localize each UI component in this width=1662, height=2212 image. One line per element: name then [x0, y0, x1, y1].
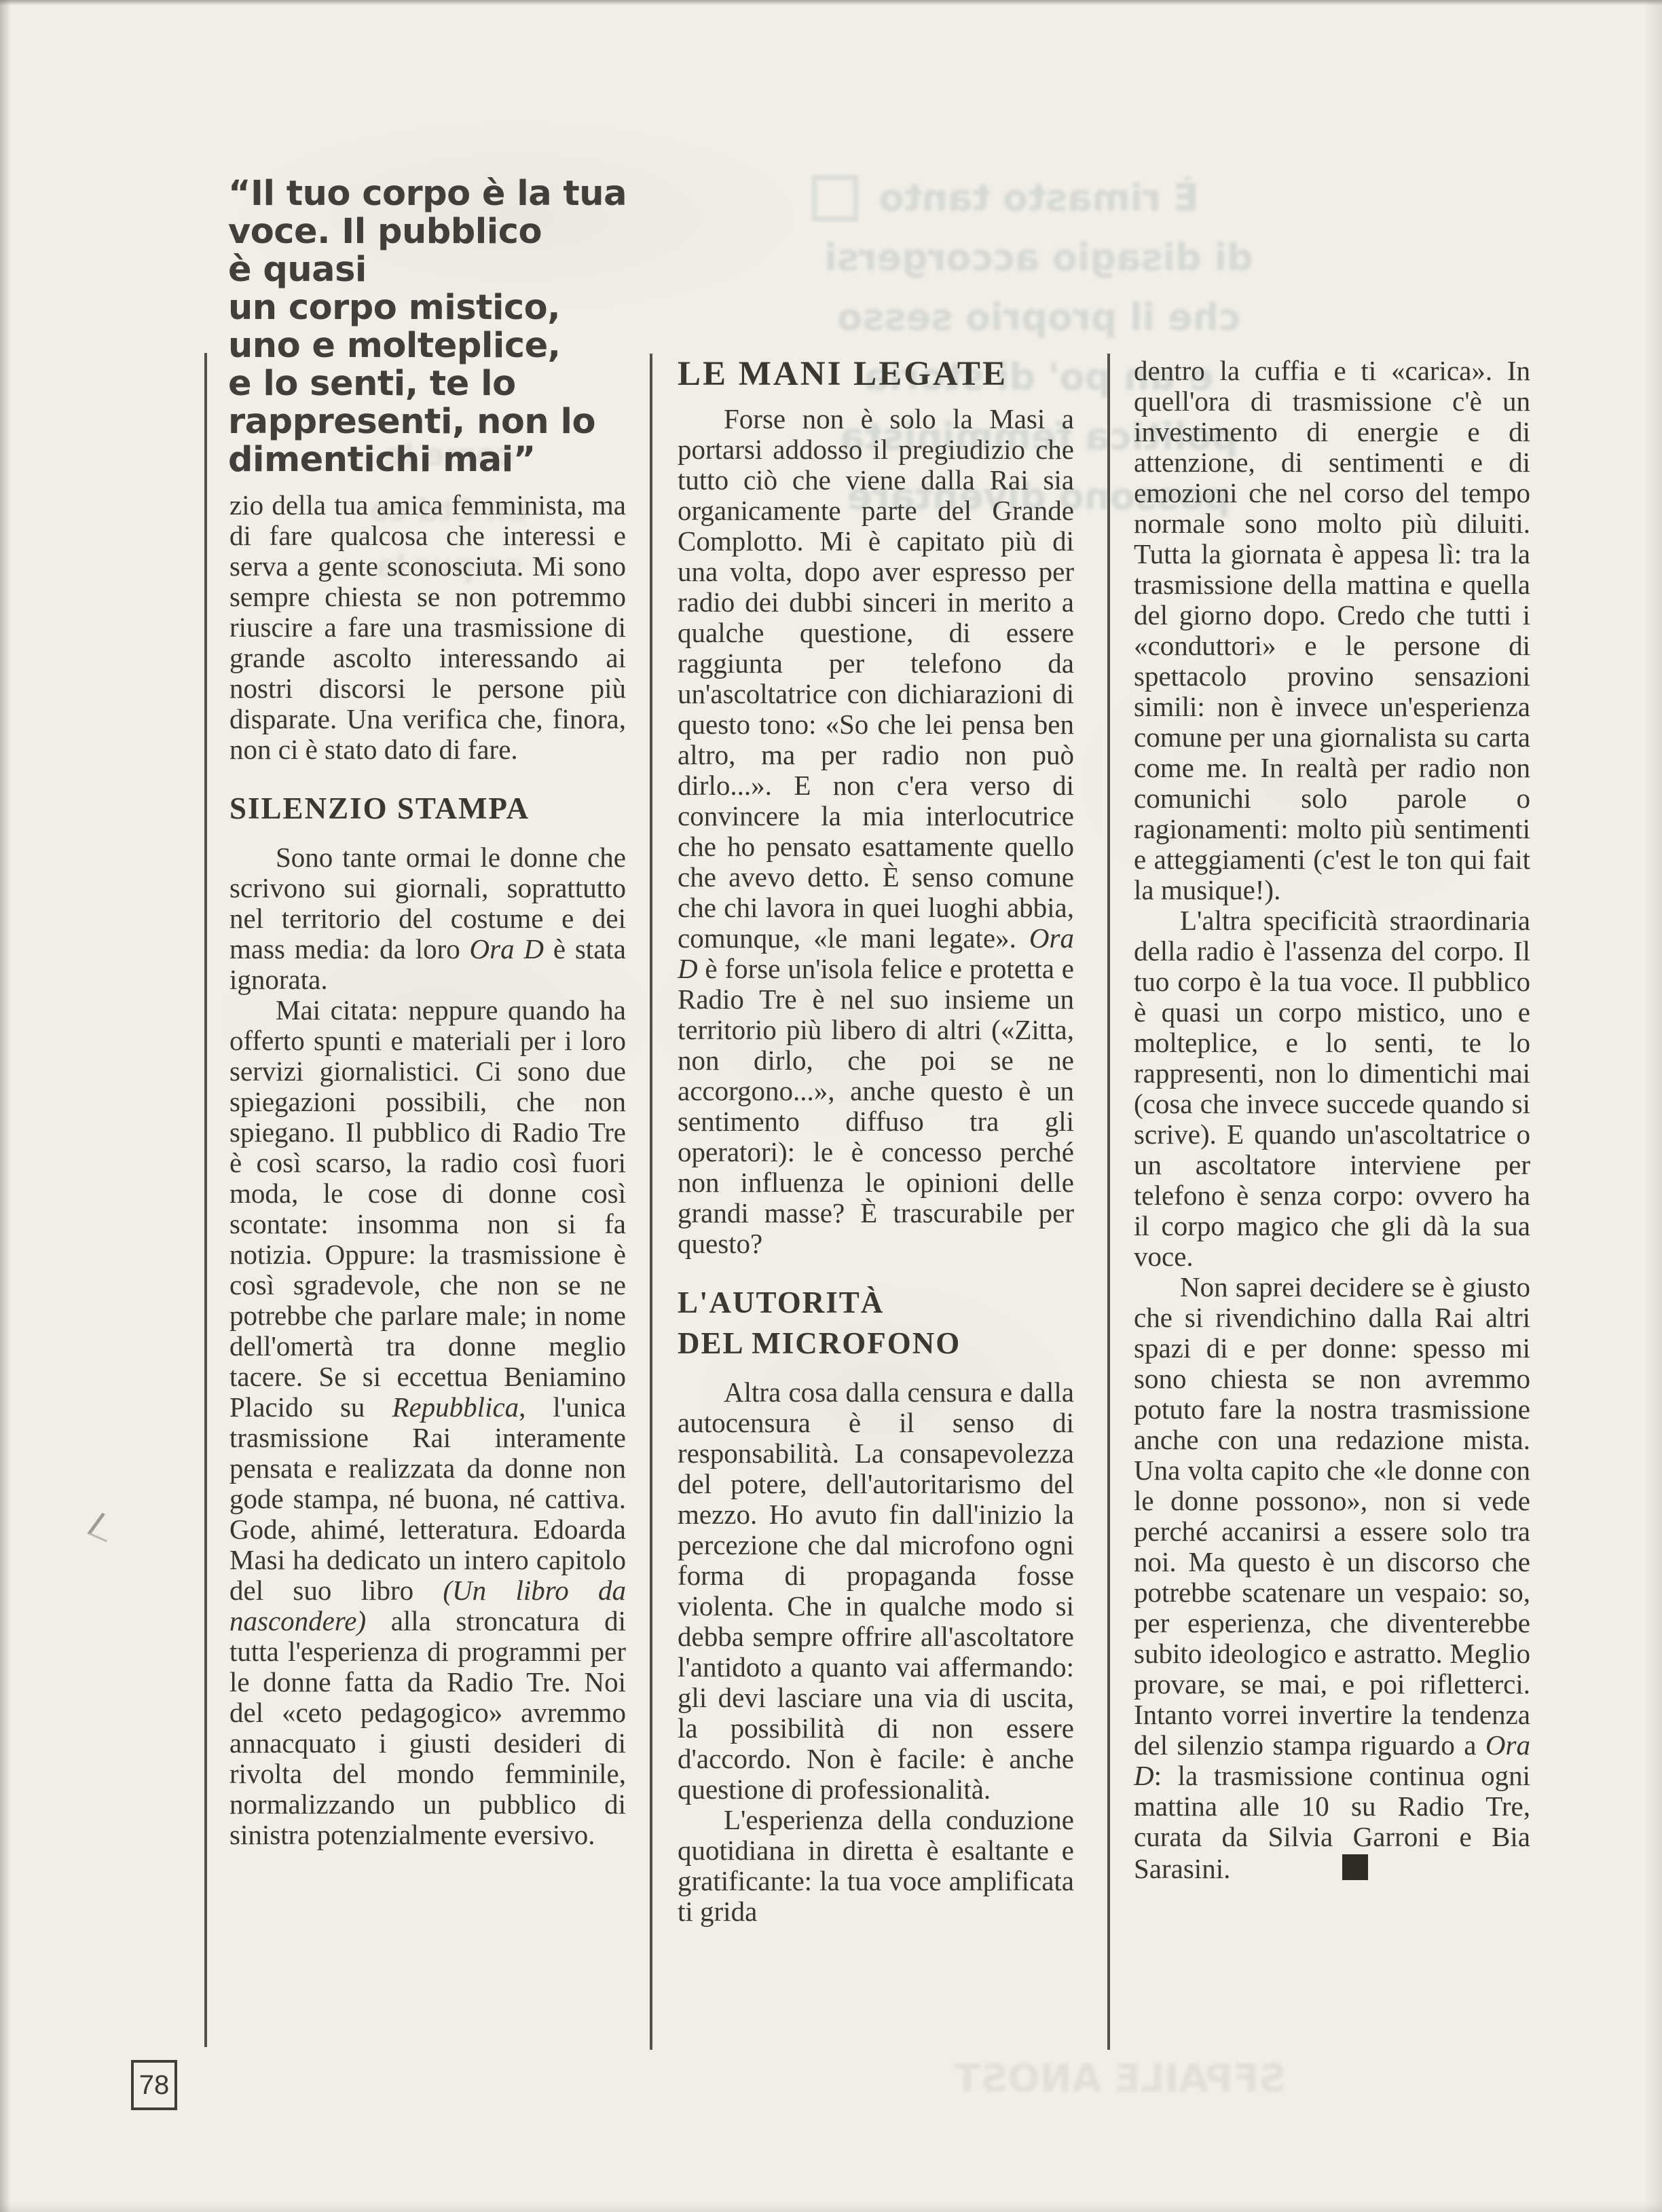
article-column-1: zio della tua amica femminista, ma di fa… — [229, 490, 626, 1850]
paragraph: Mai citata: neppure quando ha offerto sp… — [229, 995, 626, 1850]
bleedthrough-checkbox-icon — [812, 175, 858, 221]
column-divider-right — [1107, 354, 1110, 2050]
column-divider-middle — [650, 354, 652, 2050]
page-number-box: 78 — [131, 2060, 177, 2110]
pull-quote-line: è quasi — [228, 251, 792, 289]
paragraph: zio della tua amica femminista, ma di fa… — [229, 490, 626, 765]
section-heading: SILENZIO STAMPA — [229, 788, 626, 829]
paragraph: Altra cosa dalla censura e dalla autocen… — [678, 1377, 1074, 1805]
pull-quote-line: voce. Il pubblico — [228, 213, 792, 251]
end-of-article-mark — [1342, 1854, 1368, 1880]
paragraph: Sono tante ormai le donne che scrivono s… — [229, 842, 626, 995]
bleedthrough-line: di disagio accorgersi — [781, 228, 1297, 288]
bleedthrough-text-bottom: SFPAILE ANOST — [930, 2055, 1310, 2103]
pull-quote-line: “Il tuo corpo è la tua — [228, 175, 792, 213]
column-divider-left — [204, 353, 207, 2047]
article-column-3: dentro la cuffia e ti «carica». In quell… — [1134, 356, 1530, 1884]
paragraph: L'esperienza della conduzione quotidiana… — [678, 1805, 1074, 1927]
paragraph: dentro la cuffia e ti «carica». In quell… — [1134, 356, 1530, 905]
section-heading: LE MANI LEGATE — [678, 354, 1074, 394]
pull-quote-line: un corpo mistico, — [228, 289, 792, 327]
paragraph: Non saprei decidere se è giusto che si r… — [1134, 1272, 1530, 1884]
bleedthrough-line: È rimasto tanto — [781, 168, 1297, 228]
paragraph: Forse non è solo la Masi a portarsi addo… — [678, 404, 1074, 1259]
stray-pen-mark — [87, 1513, 122, 1542]
article-column-2: LE MANI LEGATEForse non è solo la Masi a… — [678, 354, 1074, 1927]
section-heading: L'AUTORITÀDEL MICROFONO — [678, 1282, 1074, 1364]
bleedthrough-line: che il proprio sesso — [781, 288, 1297, 348]
page-number: 78 — [139, 2070, 170, 2101]
magazine-page-scan: È rimasto tantodi disagio accorgersiche … — [0, 0, 1662, 2212]
paragraph: L'altra specificità straordinaria della … — [1134, 905, 1530, 1272]
bleedthrough-line: SFPAILE ANOST — [930, 2055, 1310, 2103]
